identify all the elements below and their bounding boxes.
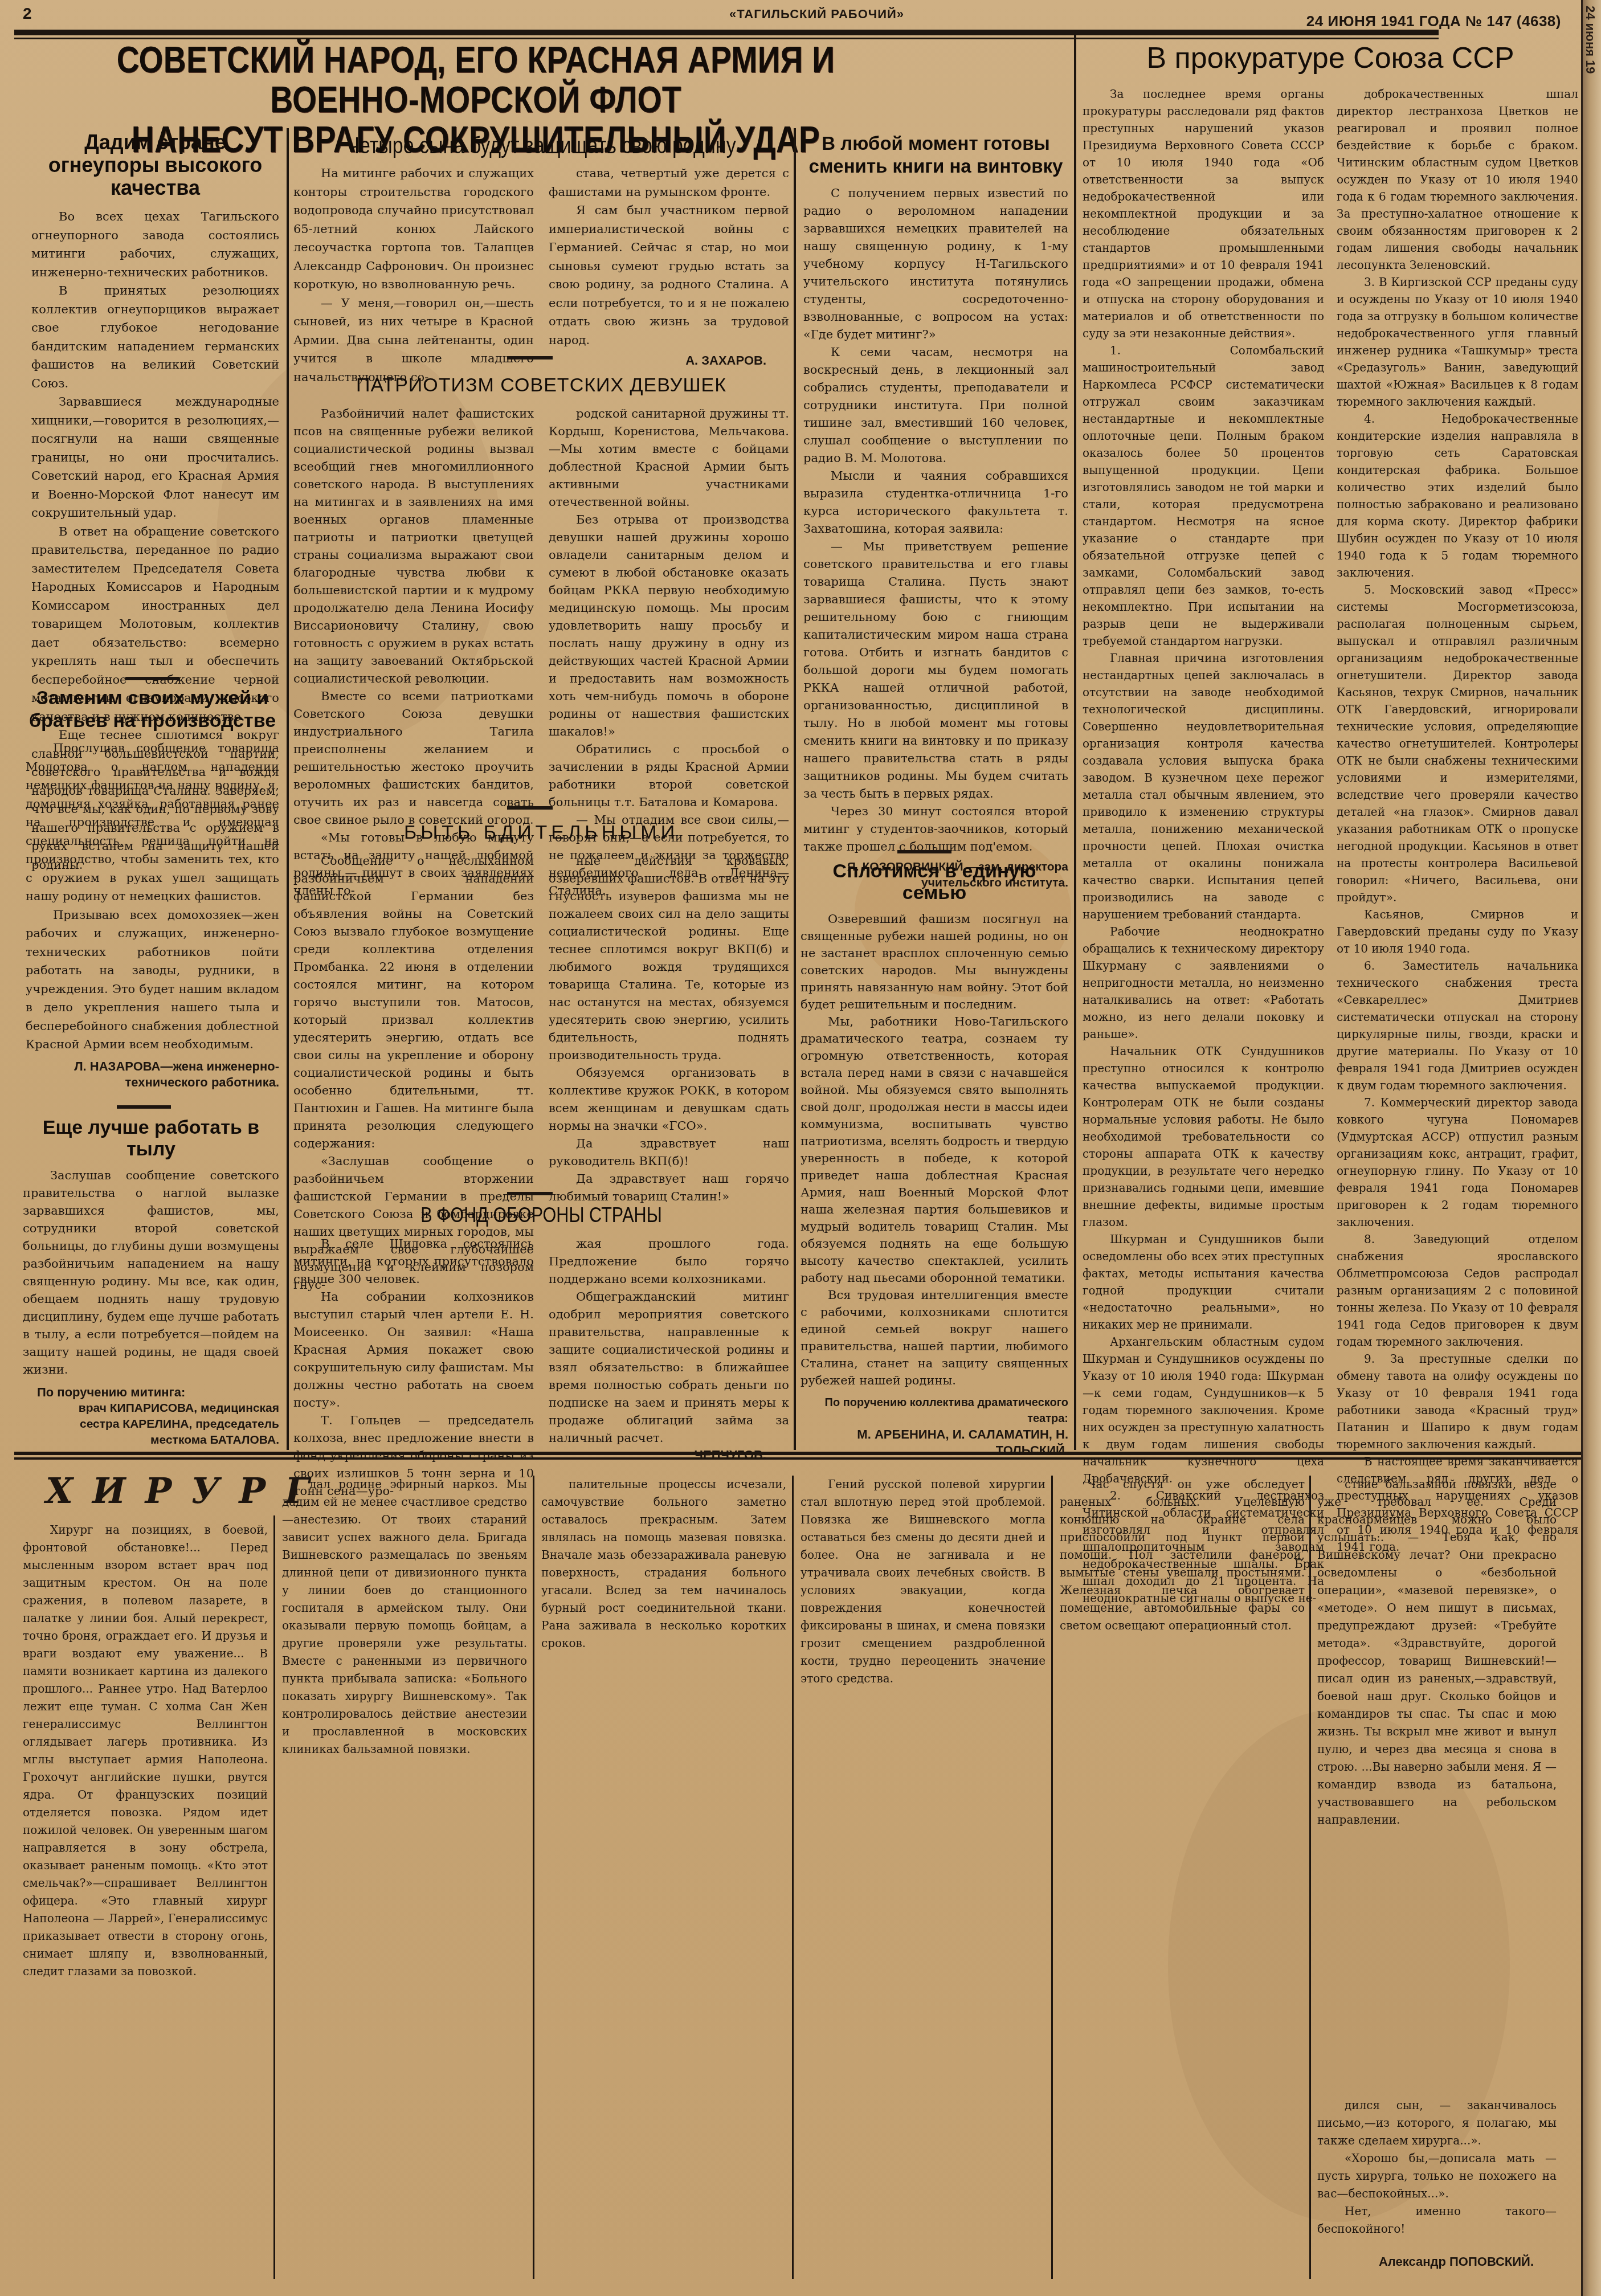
- article-columns: На митинге рабочих и служащих конторы ст…: [293, 164, 789, 386]
- article-title: Четыре сына будут защищать свою родину: [330, 132, 752, 160]
- article-replace-husbands: Заменим своих мужей и братьев на произво…: [26, 687, 279, 1090]
- separator: [507, 806, 553, 810]
- paragraph: Да здравствует наш руководитель ВКП(б)!: [549, 1135, 789, 1170]
- article-body: С получением первых известий по радио о …: [803, 185, 1068, 856]
- column: В селе Шиловка состоялись митинги, на ко…: [293, 1235, 534, 1500]
- paragraph: Во всех цехах Тагильского огнеупорного з…: [31, 207, 279, 281]
- page-number: 2: [23, 5, 32, 23]
- paragraph: дал родине эфирный наркоз. Мы дадим ей н…: [282, 1476, 527, 1758]
- paragraph: ствие бальзамной повязки, везде уже треб…: [1317, 1476, 1557, 1829]
- article-body: Прослушав сообщение товарища Молотова о …: [26, 739, 279, 1054]
- article-body: Озверевший фашизм посягнул на священные …: [800, 910, 1068, 1389]
- paragraph: Мы, работники Ново-Тагильского драматиче…: [800, 1013, 1068, 1286]
- paragraph: 5. Московский завод «Пресс» системы Мосг…: [1337, 581, 1578, 906]
- column: На митинге рабочих и служащих конторы ст…: [293, 164, 534, 386]
- paragraph: В селе Шиловка состоялись митинги, на ко…: [293, 1235, 534, 1288]
- paragraph: Шкурман и Сундушников были осведомлены о…: [1083, 1231, 1324, 1333]
- paragraph: Хирург на позициях, в боевой, фронтовой …: [23, 1521, 268, 1980]
- article-title: Дадим стране огнеупоры высокого качества: [31, 131, 279, 199]
- paragraph: 4. Недоброкачественные кондитерские изде…: [1337, 410, 1578, 581]
- paragraph: 1. Соломбальский машиностроительный заво…: [1083, 342, 1324, 649]
- paragraph: В принятых резолюциях коллектив огнеупор…: [31, 281, 279, 393]
- paragraph: С получением первых известий по радио о …: [803, 185, 1068, 344]
- column: жая прошлого года. Предложение было горя…: [549, 1235, 789, 1500]
- paragraph: Заслушав сообщение советского правительс…: [23, 1167, 279, 1379]
- column-rule: [273, 1515, 275, 2279]
- article-body: Заслушав сообщение советского правительс…: [23, 1167, 279, 1379]
- column: доброкачественных шпал директор лестранх…: [1337, 85, 1578, 1607]
- article-work-better: Еще лучше работать в тылу Заслушав сообщ…: [23, 1117, 279, 1448]
- column-rule: [1051, 1476, 1053, 2279]
- paragraph: Архангельским областным судом Шкурман и …: [1083, 1333, 1324, 1487]
- column-rule: [1309, 1476, 1311, 2279]
- column-rule: [792, 1476, 794, 2279]
- paragraph: Начальник ОТК Сундушников преступно отно…: [1083, 1043, 1324, 1231]
- paragraph: родской санитарной дружины тт. Кордыш, К…: [549, 405, 789, 511]
- paragraph: става, четвертый уже дерется с фашистами…: [549, 164, 789, 201]
- article-title: ПАТРИОТИЗМ СОВЕТСКИХ ДЕВУШЕК: [293, 373, 789, 397]
- article-ending: дился сын, — заканчивалось письмо,—из ко…: [1317, 2097, 1557, 2238]
- signature: Л. НАЗАРОВА—жена инженерно-технического …: [26, 1059, 279, 1090]
- paragraph: дился сын, — заканчивалось письмо,—из ко…: [1317, 2097, 1557, 2150]
- column: става, четвертый уже дерется с фашистами…: [549, 164, 789, 386]
- article-title: В прокуратуре Союза ССР: [1083, 41, 1578, 75]
- signature: врач КИПАРИСОВА, медицинская сестра КАРЕ…: [23, 1400, 279, 1448]
- article-prosecutor: В прокуратуре Союза ССР За последнее вре…: [1083, 41, 1578, 1607]
- paragraph: 7. Коммерческий директор завода ковкого …: [1337, 1094, 1578, 1231]
- paragraph: 3. В Киргизской ССР преданы суду и осужд…: [1337, 273, 1578, 410]
- column: дал родине эфирный наркоз. Мы дадим ей н…: [282, 1476, 527, 2285]
- separator: [507, 1192, 553, 1195]
- signature: А. ЗАХАРОВ.: [549, 353, 789, 369]
- article-title: ХИРУРГ: [46, 1470, 285, 1511]
- paragraph: Зарвавшиеся международные хищники,—говор…: [31, 393, 279, 522]
- paragraph: Обратились с просьбой о зачислении в ряд…: [549, 741, 789, 811]
- paragraph: Гений русской полевой хирургии стал впло…: [800, 1476, 1045, 1688]
- article-title: Еще лучше работать в тылу: [23, 1117, 279, 1160]
- paragraph: Общегражданский митинг одобрил мероприят…: [549, 1288, 789, 1447]
- signature-lead: По поручению митинга:: [23, 1384, 279, 1400]
- paragraph: Вся трудовая интеллигенция вместе с рабо…: [800, 1286, 1068, 1389]
- paragraph: Рабочие неоднократно обращались к технич…: [1083, 923, 1324, 1043]
- paragraph: 8. Заведующий отделом снабжения ярославс…: [1337, 1231, 1578, 1350]
- column: палительные процессы исчезали, самочувст…: [541, 1476, 786, 2285]
- adjacent-page-date: 24 июня 19: [1583, 6, 1598, 74]
- column-text: ствие бальзамной повязки, везде уже треб…: [1317, 1476, 1557, 2097]
- masthead: 2 «ТАГИЛЬСКИЙ РАБОЧИЙ» 24 ИЮНЯ 1941 ГОДА…: [14, 5, 1575, 27]
- section-divider: [14, 1452, 1581, 1460]
- paragraph: За последнее время органы прокуратуры ра…: [1083, 85, 1324, 342]
- article-title: Заменим своих мужей и братьев на произво…: [26, 687, 279, 732]
- paragraph: Вместе со всеми патриотками Советского С…: [293, 688, 534, 829]
- signature: Александр ПОПОВСКИЙ.: [1317, 2254, 1557, 2270]
- column-rule: [1074, 34, 1076, 1450]
- paragraph: Мысли и чаяния собравшихся выразила студ…: [803, 467, 1068, 538]
- column: Хирург на позициях, в боевой, фронтовой …: [23, 1521, 268, 2285]
- paragraph: — У меня,—говорил он,—шесть сыновей, из …: [293, 294, 534, 387]
- paragraph: Нет, именно такого—беспокойного!: [1317, 2203, 1557, 2238]
- separator: [125, 677, 179, 680]
- column: За последнее время органы прокуратуры ра…: [1083, 85, 1324, 1607]
- paragraph: Без отрыва от производства девушки нашей…: [549, 511, 789, 741]
- column-rule: [533, 1476, 534, 2279]
- column: ствие бальзамной повязки, везде уже треб…: [1317, 1476, 1557, 2285]
- separator: [897, 850, 951, 853]
- paragraph: Главная причина изготовления нестандартн…: [1083, 649, 1324, 923]
- paragraph: На митинге рабочих и служащих конторы ст…: [293, 164, 534, 294]
- article-unite-family: Сплотимся в единую семью Озверевший фаши…: [800, 860, 1068, 1459]
- headline-line-1: СОВЕТСКИЙ НАРОД, ЕГО КРАСНАЯ АРМИЯ И ВОЕ…: [96, 40, 856, 120]
- paragraph: Да здравствует наш горячо любимый товари…: [549, 1170, 789, 1206]
- article-title: В ФОНД ОБОРОНЫ СТРАНЫ: [330, 1203, 752, 1227]
- article-columns: За последнее время органы прокуратуры ра…: [1083, 85, 1578, 1607]
- issue-date: 24 ИЮНЯ 1941 ГОДА № 147 (4638): [1306, 13, 1561, 30]
- column: Час спустя он уже обследует раненых боль…: [1060, 1476, 1305, 2285]
- paragraph: Озверевший фашизм посягнул на священные …: [800, 910, 1068, 1013]
- paragraph: Прослушав сообщение товарища Молотова о …: [26, 739, 279, 906]
- paragraph: Час спустя он уже обследует раненых боль…: [1060, 1476, 1305, 1635]
- article-title: БЫТЬ БДИТЕЛЬНЫМИ: [293, 820, 789, 844]
- masthead-rule: [14, 30, 1439, 35]
- paragraph: жая прошлого года. Предложение было горя…: [549, 1235, 789, 1288]
- article-surgeon: ХИРУРГ Хирург на позициях, в боевой, фро…: [23, 1470, 1578, 2290]
- paragraph: К семи часам, несмотря на воскресный ден…: [803, 344, 1068, 467]
- paragraph: Разбойничий налет фашистских псов на свя…: [293, 405, 534, 688]
- adjacent-page-edge: [1581, 0, 1601, 2296]
- paragraph: Через 30 минут состоялся второй митинг у…: [803, 803, 1068, 856]
- paragraph: — Мы приветствуем решение советского пра…: [803, 538, 1068, 803]
- article-four-sons: Четыре сына будут защищать свою родину Н…: [293, 132, 789, 386]
- paragraph: На собрании колхозников выступил старый …: [293, 1288, 534, 1412]
- paragraph: Обязуемся организовать в коллективе круж…: [549, 1064, 789, 1135]
- column: Гений русской полевой хирургии стал впло…: [800, 1476, 1045, 2285]
- paragraph: Призываю всех домохозяек—жен рабочих и с…: [26, 906, 279, 1054]
- column-rule: [794, 128, 796, 1450]
- signature-lead: По поручению коллектива драматического т…: [800, 1395, 1068, 1427]
- column-rule: [287, 128, 289, 1450]
- paragraph: 9. За преступные сделки по обмену тавота…: [1337, 1350, 1578, 1453]
- paragraph: ные действия кровавых, озверевших фашист…: [549, 852, 789, 1064]
- newspaper-name: «ТАГИЛЬСКИЙ РАБОЧИЙ»: [729, 7, 904, 22]
- article-title: Сплотимся в единую семью: [800, 860, 1068, 904]
- article-title: В любой момент готовы сменить книги на в…: [803, 132, 1068, 178]
- article-columns: В селе Шиловка состоялись митинги, на ко…: [293, 1235, 789, 1500]
- paragraph: Я сам был участником первой империалисти…: [549, 201, 789, 349]
- separator: [507, 356, 553, 359]
- newspaper-page: 2 «ТАГИЛЬСКИЙ РАБОЧИЙ» 24 ИЮНЯ 1941 ГОДА…: [0, 0, 1601, 2296]
- paragraph: доброкачественных шпал директор лестранх…: [1337, 85, 1578, 273]
- article-books-to-rifle: В любой момент готовы сменить книги на в…: [803, 132, 1068, 891]
- paragraph: Сообщение о неслыханном разбойничьем нап…: [293, 852, 534, 1153]
- paragraph: палительные процессы исчезали, самочувст…: [541, 1476, 786, 1652]
- paragraph: Касьянов, Смирнов и Гавердовский преданы…: [1337, 906, 1578, 957]
- paragraph: 6. Заместитель начальника технического с…: [1337, 957, 1578, 1094]
- separator: [117, 1105, 171, 1109]
- paragraph: «Хорошо бы,—дописала мать — пусть хирург…: [1317, 2150, 1557, 2203]
